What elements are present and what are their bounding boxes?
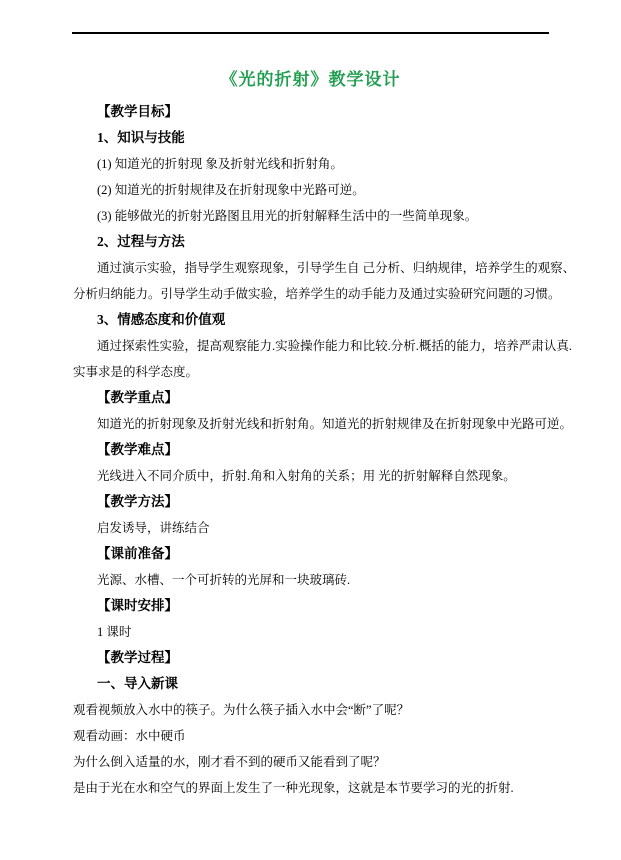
para-intro-conclusion: 是由于光在水和空气的界面上发生了一种光现象，这就是本节要学习的光的折射.	[73, 775, 583, 801]
document-page: 《光的折射》教学设计 【教学目标】 1、知识与技能 (1) 知道光的折射现 象及…	[0, 0, 621, 860]
para-class-preparation: 光源、水槽、一个可折转的光屏和一块玻璃砖.	[97, 567, 583, 593]
para-teaching-method: 启发诱导，讲练结合	[97, 515, 583, 541]
list-item-3: (3) 能够做光的折射光路图且用光的折射解释生活中的一些简单现象。	[97, 203, 583, 229]
heading-class-preparation: 【课前准备】	[97, 541, 583, 567]
heading-teaching-process: 【教学过程】	[97, 645, 583, 671]
header-divider-line	[72, 32, 549, 34]
para-affect-values-line2: 实事求是的科学态度。	[73, 359, 583, 385]
heading-teaching-difficulty: 【教学难点】	[97, 437, 583, 463]
para-class-schedule: 1 课时	[97, 619, 583, 645]
heading-class-schedule: 【课时安排】	[97, 593, 583, 619]
list-item-2: (2) 知道光的折射规律及在折射现象中光路可逆。	[97, 177, 583, 203]
document-body: 【教学目标】 1、知识与技能 (1) 知道光的折射现 象及折射光线和折射角。 (…	[73, 99, 583, 801]
document-title: 《光的折射》教学设计	[0, 66, 621, 94]
heading-teaching-method: 【教学方法】	[97, 489, 583, 515]
para-intro-animation: 观看动画：水中硬币	[73, 723, 583, 749]
para-affect-values-line1: 通过探索性实验，提高观察能力.实验操作能力和比较.分析.概括的能力，培养严肃认真…	[97, 333, 583, 359]
subheading-process-methods: 2、过程与方法	[97, 229, 583, 255]
para-process-methods-line1: 通过演示实验，指导学生观察现象，引导学生自 己分析、归纳规律，培养学生的观察、	[97, 255, 583, 281]
para-teaching-focus: 知道光的折射现象及折射光线和折射角。知道光的折射规律及在折射现象中光路可逆。	[97, 411, 583, 437]
para-teaching-difficulty: 光线进入不同介质中，折射.角和入射角的关系；用 光的折射解释自然现象。	[97, 463, 583, 489]
list-item-1: (1) 知道光的折射现 象及折射光线和折射角。	[97, 151, 583, 177]
heading-teaching-focus: 【教学重点】	[97, 385, 583, 411]
subheading-affect-values: 3、情感态度和价值观	[97, 307, 583, 333]
para-process-methods-line2: 分析归纳能力。引导学生动手做实验，培养学生的动手能力及通过实验研究问题的习惯。	[73, 281, 583, 307]
subheading-knowledge-skills: 1、知识与技能	[97, 125, 583, 151]
heading-teaching-objectives: 【教学目标】	[97, 99, 583, 125]
para-intro-coin-question: 为什么倒入适量的水，刚才看不到的硬币又能看到了呢？	[73, 749, 583, 775]
para-intro-video-question: 观看视频放入水中的筷子。为什么筷子插入水中会“断”了呢？	[73, 697, 583, 723]
subheading-lesson-intro: 一、导入新课	[97, 671, 583, 697]
